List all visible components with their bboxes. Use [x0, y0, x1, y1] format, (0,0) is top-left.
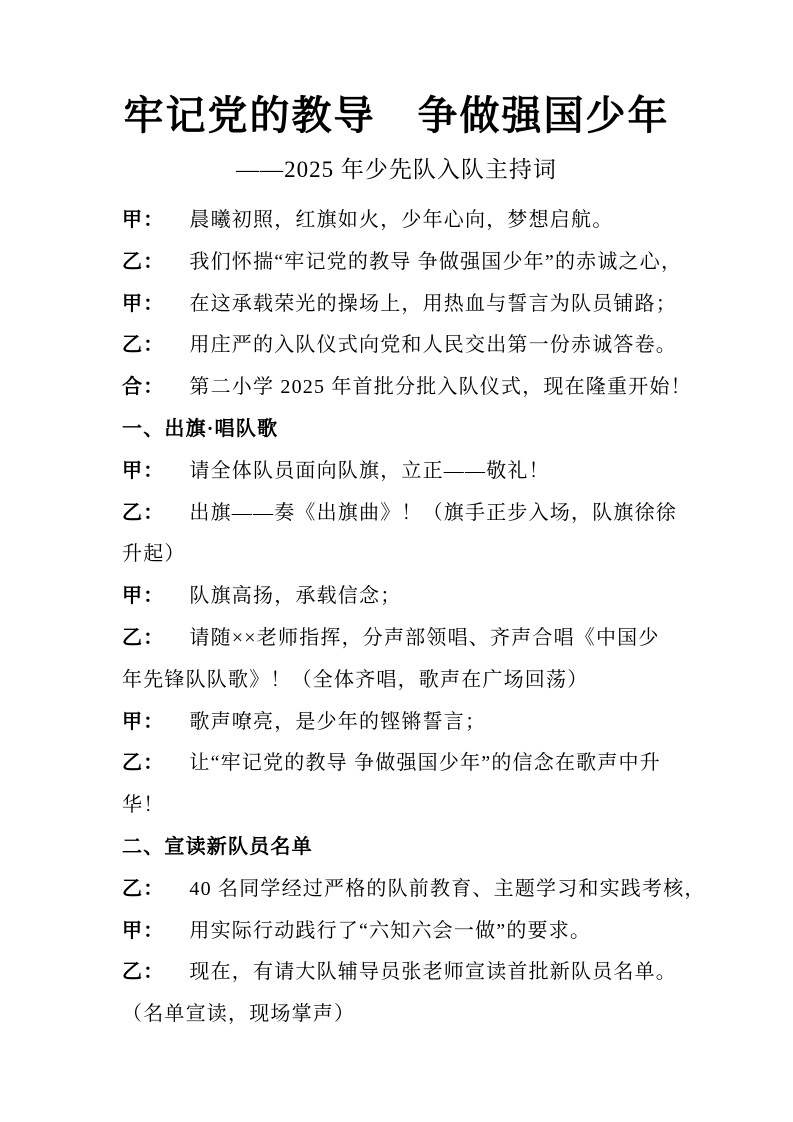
line-text: 用庄严的入队仪式向党和人民交出第一份赤诚答卷。 — [189, 334, 677, 356]
line-text: 年先锋队队歌》！（全体齐唱，歌声在广场回荡） — [122, 669, 588, 691]
line-text: （名单宣读，现场掌声） — [122, 1003, 355, 1025]
text-line: 甲：晨曦初照，红旗如火，少年心向，梦想启航。 — [122, 200, 693, 242]
line-text: 升起） — [122, 543, 186, 565]
speaker-label: 乙： — [122, 251, 164, 273]
dialogue-line: 乙：请随××老师指挥，分声部领唱、齐声合唱《中国少年先锋队队歌》！（全体齐唱，歌… — [122, 618, 693, 702]
line-text: 第二小学 2025 年首批分批入队仪式，现在隆重开始！ — [189, 376, 691, 398]
text-line: 乙：让“牢记党的教导 争做强国少年”的信念在歌声中升 — [122, 743, 693, 785]
dialogue-line: 甲：晨曦初照，红旗如火，少年心向，梦想启航。 — [122, 200, 693, 242]
line-text: 现在，有请大队辅导员张老师宣读首批新队员名单。 — [189, 961, 677, 983]
stage-direction: （名单宣读，现场掌声） — [122, 994, 693, 1036]
line-text: 队旗高扬，承载信念； — [189, 585, 401, 607]
dialogue-line: 甲：在这承载荣光的操场上，用热血与誓言为队员铺路； — [122, 284, 693, 326]
document-body: 甲：晨曦初照，红旗如火，少年心向，梦想启航。乙：我们怀揣“牢记党的教导 争做强国… — [122, 200, 693, 1036]
dialogue-line: 乙：用庄严的入队仪式向党和人民交出第一份赤诚答卷。 — [122, 325, 693, 367]
text-line: 二、宣读新队员名单 — [122, 827, 693, 869]
dialogue-line: 甲：请全体队员面向队旗，立正——敬礼！ — [122, 451, 693, 493]
line-text: 二、宣读新队员名单 — [122, 836, 313, 858]
text-line: 乙：出旗——奏《出旗曲》！（旗手正步入场，队旗徐徐 — [122, 493, 693, 535]
dialogue-line: 乙：现在，有请大队辅导员张老师宣读首批新队员名单。 — [122, 952, 693, 994]
text-line: 甲：请全体队员面向队旗，立正——敬礼！ — [122, 451, 693, 493]
document-page: 牢记党的教导 争做强国少年 ——2025 年少先队入队主持词 甲：晨曦初照，红旗… — [0, 0, 793, 1122]
dialogue-line: 乙：让“牢记党的教导 争做强国少年”的信念在歌声中升华！ — [122, 743, 693, 827]
text-line-continuation: 升起） — [122, 534, 693, 576]
text-line: 合：第二小学 2025 年首批分批入队仪式，现在隆重开始！ — [122, 367, 693, 409]
text-line: 乙：请随××老师指挥，分声部领唱、齐声合唱《中国少 — [122, 618, 693, 660]
text-line: 乙：我们怀揣“牢记党的教导 争做强国少年”的赤诚之心， — [122, 242, 693, 284]
section-heading: 一、出旗·唱队歌 — [122, 409, 693, 451]
speaker-label: 甲： — [122, 209, 164, 231]
dialogue-line: 乙：40 名同学经过严格的队前教育、主题学习和实践考核， — [122, 869, 693, 911]
speaker-label: 乙： — [122, 961, 164, 983]
text-line: 甲：在这承载荣光的操场上，用热血与誓言为队员铺路； — [122, 284, 693, 326]
dialogue-line: 乙：我们怀揣“牢记党的教导 争做强国少年”的赤诚之心， — [122, 242, 693, 284]
text-line-continuation: 年先锋队队歌》！（全体齐唱，歌声在广场回荡） — [122, 660, 693, 702]
text-line: 甲：用实际行动践行了“六知六会一做”的要求。 — [122, 911, 693, 953]
document-subtitle: ——2025 年少先队入队主持词 — [0, 154, 793, 186]
dialogue-line: 乙：出旗——奏《出旗曲》！（旗手正步入场，队旗徐徐升起） — [122, 493, 693, 577]
text-line: 乙：现在，有请大队辅导员张老师宣读首批新队员名单。 — [122, 952, 693, 994]
speaker-label: 甲： — [122, 293, 164, 315]
speaker-label: 合： — [122, 376, 164, 398]
speaker-label: 甲： — [122, 460, 164, 482]
text-line: 甲：队旗高扬，承载信念； — [122, 576, 693, 618]
section-heading: 二、宣读新队员名单 — [122, 827, 693, 869]
text-line: 一、出旗·唱队歌 — [122, 409, 693, 451]
line-text: 40 名同学经过严格的队前教育、主题学习和实践考核， — [189, 878, 705, 900]
speaker-label: 甲： — [122, 711, 164, 733]
speaker-label: 甲： — [122, 585, 164, 607]
line-text: 请全体队员面向队旗，立正——敬礼！ — [189, 460, 549, 482]
text-line: （名单宣读，现场掌声） — [122, 994, 693, 1036]
line-text: 让“牢记党的教导 争做强国少年”的信念在歌声中升 — [189, 752, 661, 774]
line-text: 一、出旗·唱队歌 — [122, 418, 278, 440]
dialogue-line: 甲：队旗高扬，承载信念； — [122, 576, 693, 618]
document-title: 牢记党的教导 争做强国少年 — [0, 0, 793, 142]
speaker-label: 乙： — [122, 627, 164, 649]
dialogue-line: 合：第二小学 2025 年首批分批入队仪式，现在隆重开始！ — [122, 367, 693, 409]
speaker-label: 甲： — [122, 920, 164, 942]
dialogue-line: 甲：歌声嘹亮，是少年的铿锵誓言； — [122, 702, 693, 744]
speaker-label: 乙： — [122, 502, 164, 524]
speaker-label: 乙： — [122, 878, 164, 900]
speaker-label: 乙： — [122, 334, 164, 356]
dialogue-line: 甲：用实际行动践行了“六知六会一做”的要求。 — [122, 911, 693, 953]
line-text: 我们怀揣“牢记党的教导 争做强国少年”的赤诚之心， — [189, 251, 682, 273]
line-text: 歌声嘹亮，是少年的铿锵誓言； — [189, 711, 486, 733]
line-text: 请随××老师指挥，分声部领唱、齐声合唱《中国少 — [189, 627, 659, 649]
line-text: 在这承载荣光的操场上，用热血与誓言为队员铺路； — [189, 293, 677, 315]
speaker-label: 乙： — [122, 752, 164, 774]
text-line-continuation: 华！ — [122, 785, 693, 827]
text-line: 乙：用庄严的入队仪式向党和人民交出第一份赤诚答卷。 — [122, 325, 693, 367]
line-text: 出旗——奏《出旗曲》！（旗手正步入场，队旗徐徐 — [189, 502, 677, 524]
line-text: 华！ — [122, 794, 164, 816]
line-text: 晨曦初照，红旗如火，少年心向，梦想启航。 — [189, 209, 613, 231]
line-text: 用实际行动践行了“六知六会一做”的要求。 — [189, 920, 591, 942]
text-line: 甲：歌声嘹亮，是少年的铿锵誓言； — [122, 702, 693, 744]
text-line: 乙：40 名同学经过严格的队前教育、主题学习和实践考核， — [122, 869, 693, 911]
